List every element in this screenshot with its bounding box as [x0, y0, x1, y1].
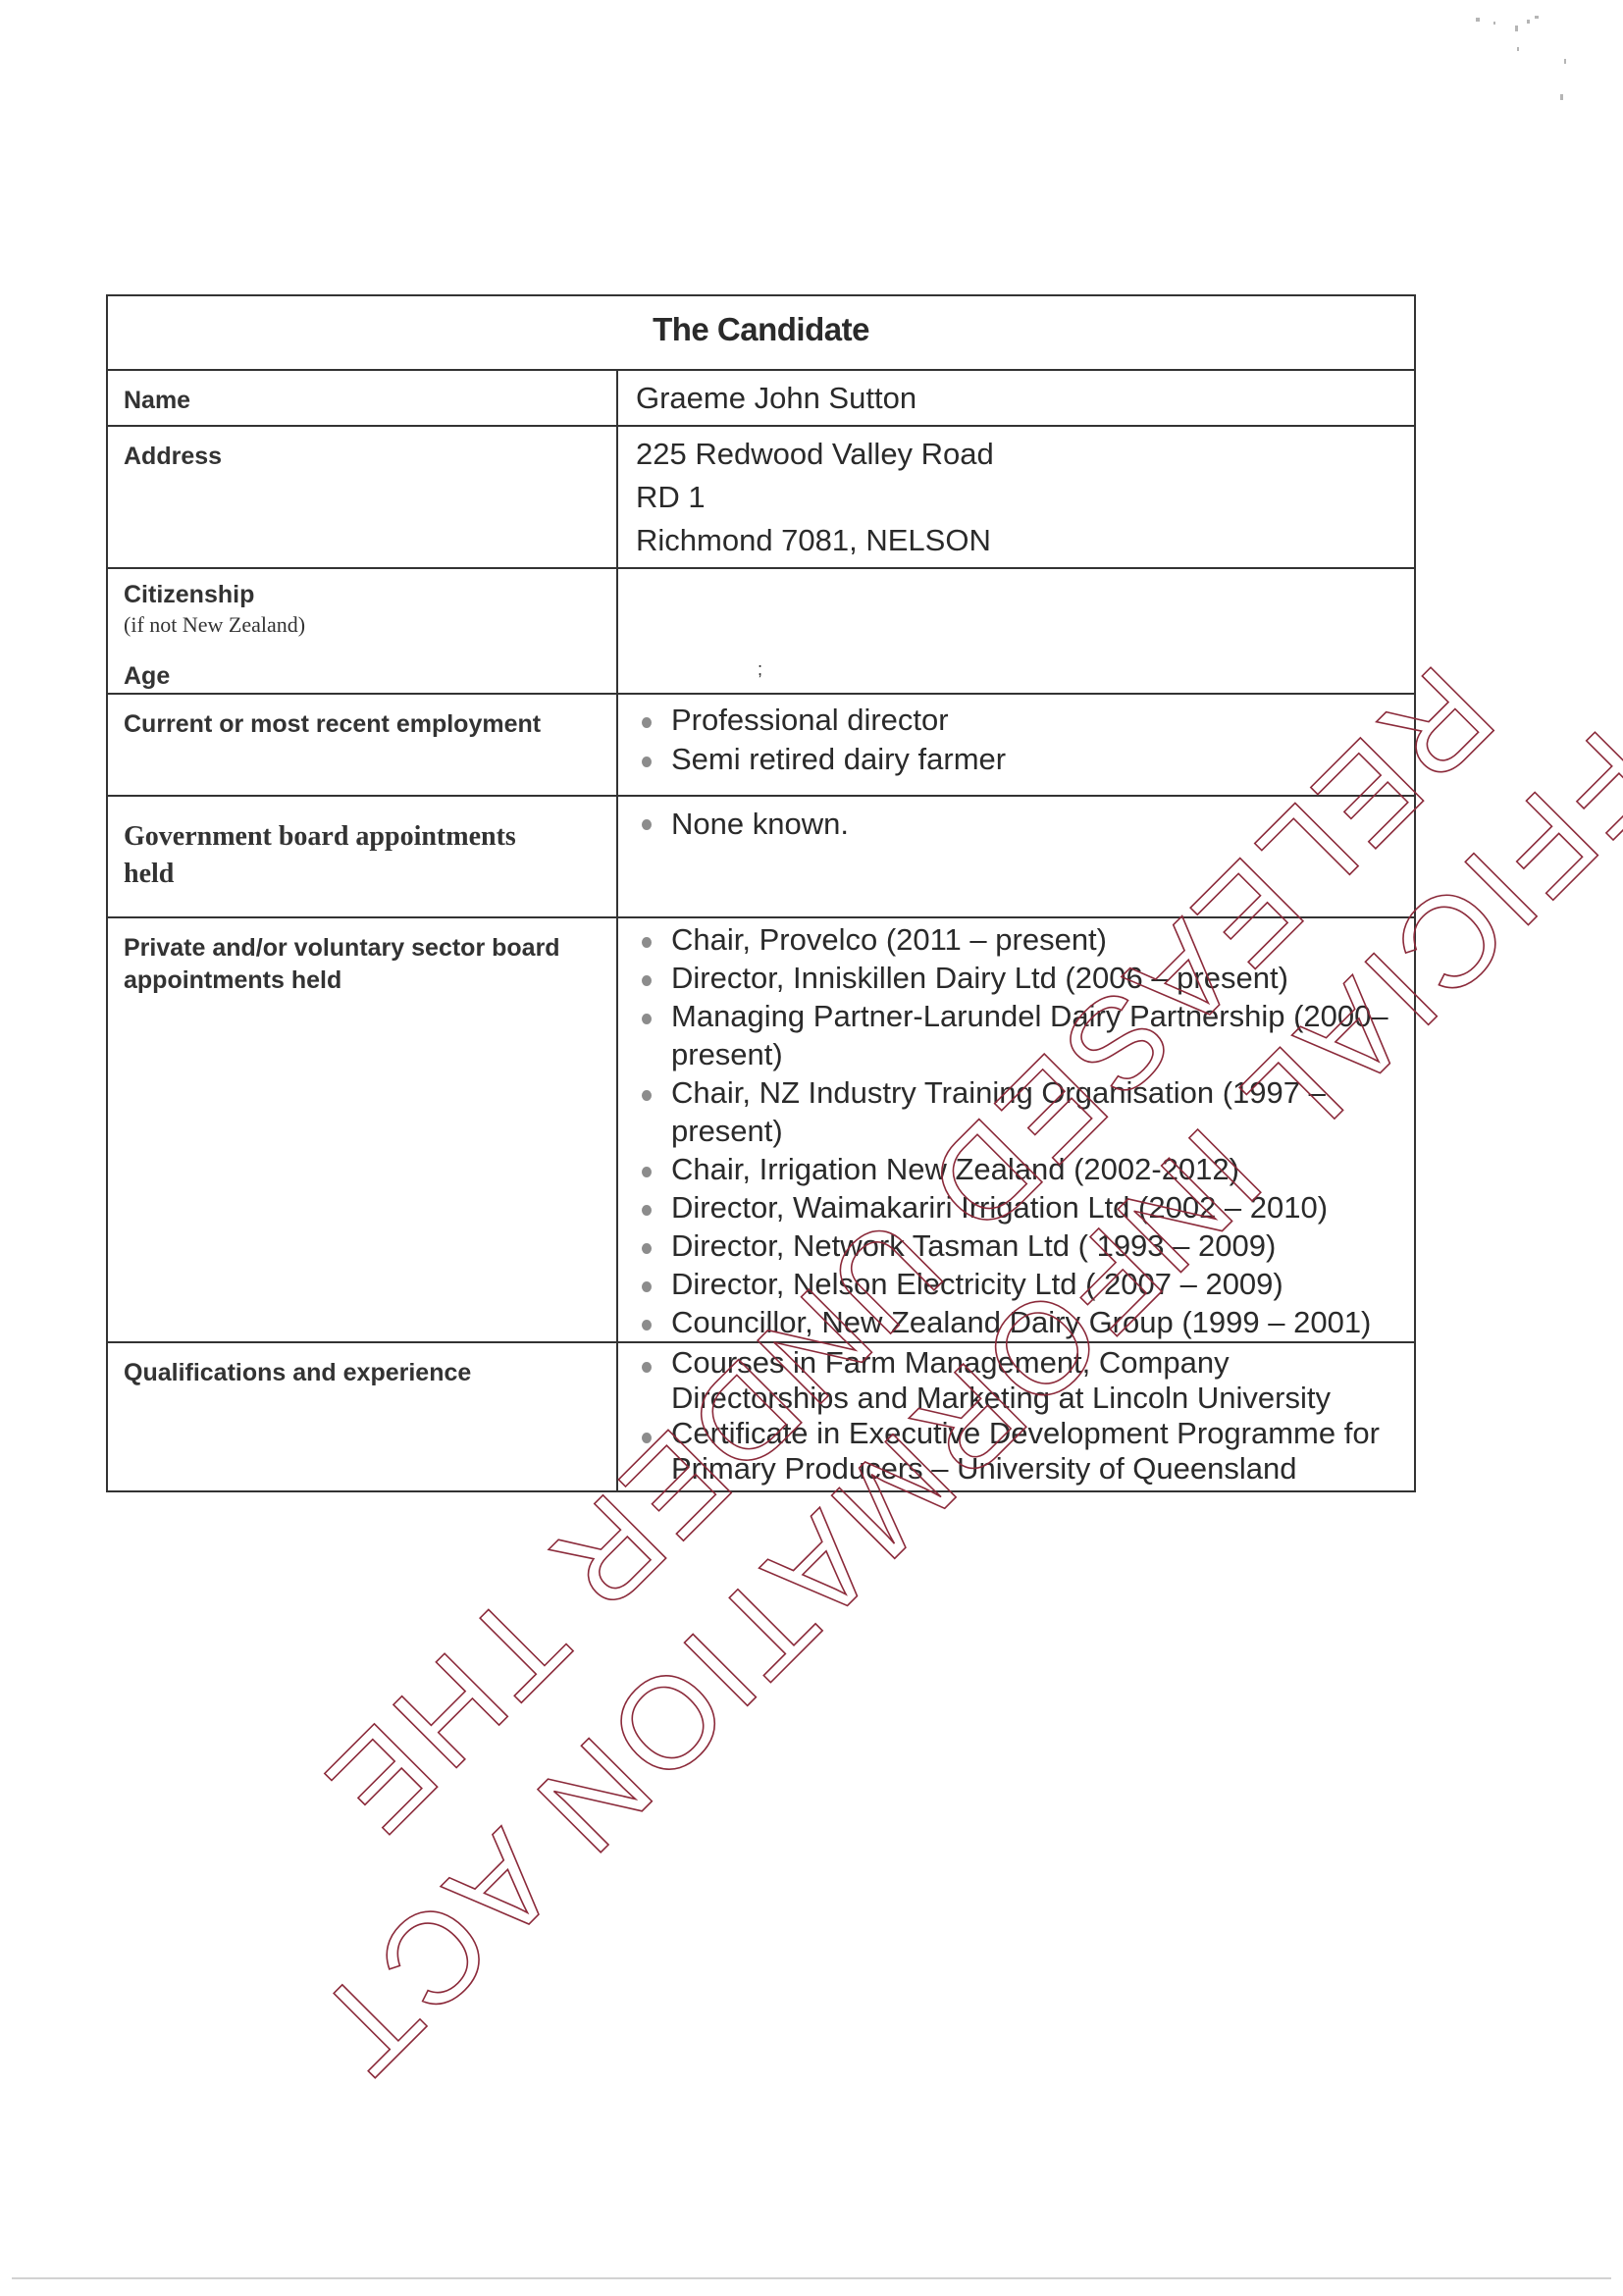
bullet-icon: [642, 1014, 652, 1024]
list-item: Director, Waimakariri Irrigation Ltd (20…: [636, 1188, 1414, 1226]
name-label: Name: [107, 370, 617, 426]
employment-value: Professional director Semi retired dairy…: [617, 694, 1415, 796]
government-list: None known.: [636, 803, 1414, 846]
list-item: Chair, NZ Industry Training Organisation…: [636, 1073, 1414, 1150]
table-row-address: Address 225 Redwood Valley Road RD 1 Ric…: [107, 426, 1415, 568]
private-label: Private and/or voluntary sector board ap…: [107, 917, 617, 1342]
table-row-employment: Current or most recent employment Profes…: [107, 694, 1415, 796]
bullet-icon: [642, 1320, 652, 1331]
list-item: Managing Partner-Larundel Dairy Partners…: [636, 997, 1414, 1073]
age-label: Age: [124, 660, 616, 693]
citizenship-age-label: Citizenship (if not New Zealand) Age: [107, 568, 617, 694]
qualifications-list: Courses in Farm Management, Company Dire…: [636, 1345, 1400, 1487]
address-line-1: 225 Redwood Valley Road: [636, 433, 1414, 476]
list-item: Courses in Farm Management, Company Dire…: [636, 1345, 1400, 1416]
list-item: None known.: [636, 803, 1414, 846]
list-item: Director, Network Tasman Ltd ( 1993 – 20…: [636, 1226, 1414, 1265]
bullet-icon: [642, 1205, 652, 1216]
private-list: Chair, Provelco (2011 – present) Directo…: [636, 920, 1414, 1341]
list-item: Semi retired dairy farmer: [636, 740, 1414, 779]
table-row-name: Name Graeme John Sutton: [107, 370, 1415, 426]
list-item: Councillor, New Zealand Dairy Group (199…: [636, 1303, 1414, 1341]
citizenship-value: [636, 575, 1414, 648]
age-value: ;: [636, 648, 1414, 691]
bullet-icon: [642, 1433, 652, 1443]
bullet-icon: [642, 1281, 652, 1292]
list-item: Director, Nelson Electricity Ltd ( 2007 …: [636, 1265, 1414, 1303]
bullet-icon: [642, 1243, 652, 1254]
citizenship-age-value: ;: [617, 568, 1415, 694]
list-item: Chair, Irrigation New Zealand (2002-2012…: [636, 1150, 1414, 1188]
citizenship-label: Citizenship: [124, 579, 616, 611]
name-value: Graeme John Sutton: [617, 370, 1415, 426]
list-item: Professional director: [636, 701, 1414, 740]
citizenship-sublabel: (if not New Zealand): [124, 611, 616, 639]
employment-list: Professional director Semi retired dairy…: [636, 701, 1414, 779]
scan-specks: [1466, 10, 1584, 118]
page-bottom-rule: [12, 2277, 1611, 2279]
table-row-qualifications: Qualifications and experience Courses in…: [107, 1342, 1415, 1491]
bullet-icon: [642, 1167, 652, 1177]
table-row-private: Private and/or voluntary sector board ap…: [107, 917, 1415, 1342]
address-label: Address: [107, 426, 617, 568]
qualifications-value: Courses in Farm Management, Company Dire…: [617, 1342, 1415, 1491]
bullet-icon: [642, 937, 652, 948]
bullet-icon: [642, 717, 652, 728]
list-item: Certificate in Executive Development Pro…: [636, 1416, 1400, 1487]
bullet-icon: [642, 757, 652, 767]
table-row-government: Government board appointments held None …: [107, 796, 1415, 917]
list-item: Director, Inniskillen Dairy Ltd (2006 – …: [636, 959, 1414, 997]
private-value: Chair, Provelco (2011 – present) Directo…: [617, 917, 1415, 1342]
address-value: 225 Redwood Valley Road RD 1 Richmond 70…: [617, 426, 1415, 568]
bullet-icon: [642, 819, 652, 830]
employment-label: Current or most recent employment: [107, 694, 617, 796]
government-label: Government board appointments held: [107, 796, 617, 917]
bullet-icon: [642, 1362, 652, 1373]
address-line-3: Richmond 7081, NELSON: [636, 519, 1414, 562]
list-item: Chair, Provelco (2011 – present): [636, 920, 1414, 959]
candidate-table: The Candidate Name Graeme John Sutton Ad…: [106, 294, 1416, 1492]
table-row-citizenship-age: Citizenship (if not New Zealand) Age ;: [107, 568, 1415, 694]
bullet-icon: [642, 975, 652, 986]
government-value: None known.: [617, 796, 1415, 917]
address-line-2: RD 1: [636, 476, 1414, 519]
table-title: The Candidate: [107, 295, 1415, 370]
qualifications-label: Qualifications and experience: [107, 1342, 617, 1491]
bullet-icon: [642, 1090, 652, 1101]
